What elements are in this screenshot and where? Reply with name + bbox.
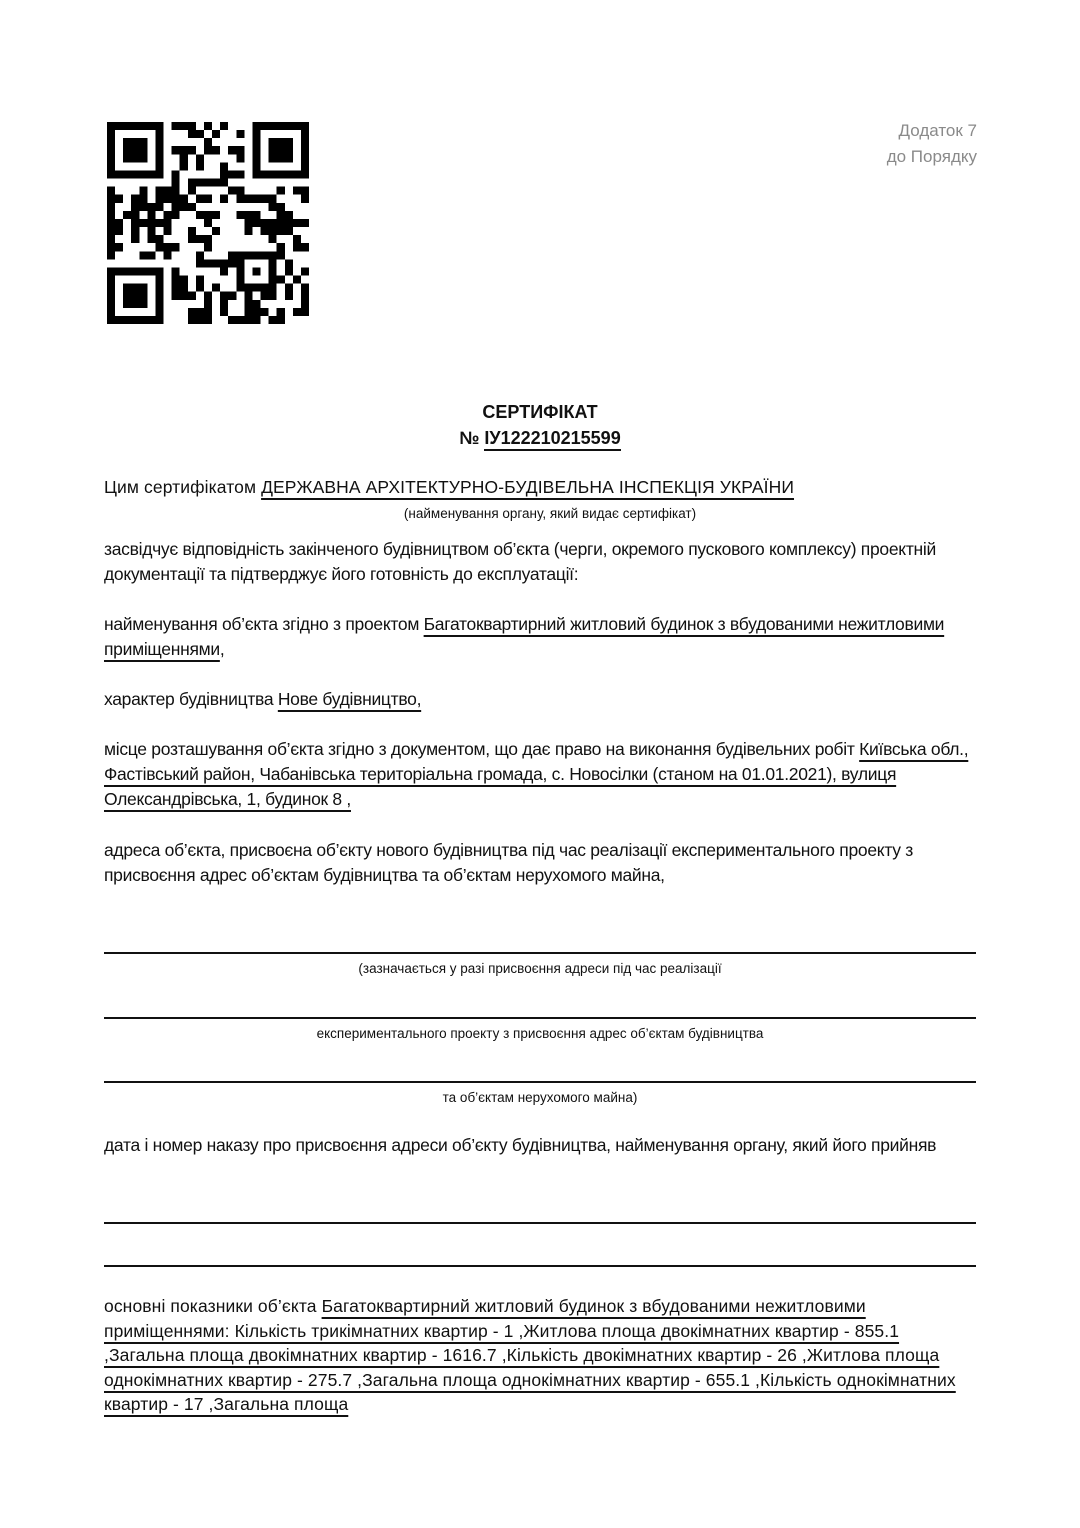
number-prefix: № (459, 428, 479, 448)
issuer-label: Цим сертифікатом (104, 477, 256, 497)
location-label: місце розташування об’єкта згідно з доку… (104, 739, 855, 759)
issuer-caption: (найменування органу, який видає сертифі… (250, 505, 850, 523)
address-label: адреса об’єкта, присвоєна об’єкту нового… (104, 838, 976, 888)
address-value-line-3 (104, 1081, 976, 1083)
certificate-title: СЕРТИФІКАТ (0, 399, 1080, 425)
indicators-label: основні показники об’єкта (104, 1296, 317, 1316)
order-label: дата і номер наказу про присвоєння адрес… (104, 1133, 976, 1158)
object-name-label: найменування об’єкта згідно з проектом (104, 614, 419, 634)
statement: засвідчує відповідність закінченого буді… (104, 537, 976, 587)
appendix-reference: Додаток 7 до Порядку (887, 118, 977, 170)
address-caption-3: та об’єктам нерухомого майна) (104, 1089, 976, 1107)
address-value-line-2 (104, 1017, 976, 1019)
indicators: основні показники об’єкта Багатоквартирн… (104, 1294, 976, 1417)
address-caption-2: експериментального проекту з присвоєння … (104, 1025, 976, 1043)
order-value-line-1 (104, 1222, 976, 1224)
construction-type-label: характер будівництва (104, 689, 273, 709)
address-value-line-1 (104, 952, 976, 954)
certificate-number-line: № ІУ122210215599 (0, 425, 1080, 451)
order-value-line-2 (104, 1265, 976, 1267)
appendix-line-2: до Порядку (887, 144, 977, 170)
construction-type-value: Нове будівництво, (278, 689, 421, 709)
address-caption-1: (зазначається у разі присвоєння адреси п… (104, 960, 976, 978)
issuer-value: ДЕРЖАВНА АРХІТЕКТУРНО-БУДІВЕЛЬНА ІНСПЕКЦ… (261, 477, 794, 497)
qr-code-icon (107, 122, 309, 324)
object-name-suffix: , (220, 639, 225, 659)
construction-type: характер будівництва Нове будівництво, (104, 687, 976, 712)
appendix-line-1: Додаток 7 (887, 118, 977, 144)
certificate-number: ІУ122210215599 (484, 428, 620, 451)
issuer-line: Цим сертифікатом ДЕРЖАВНА АРХІТЕКТУРНО-Б… (104, 475, 976, 500)
object-name: найменування об’єкта згідно з проектом Б… (104, 612, 976, 662)
location: місце розташування об’єкта згідно з доку… (104, 737, 976, 812)
qr-code (107, 122, 309, 324)
